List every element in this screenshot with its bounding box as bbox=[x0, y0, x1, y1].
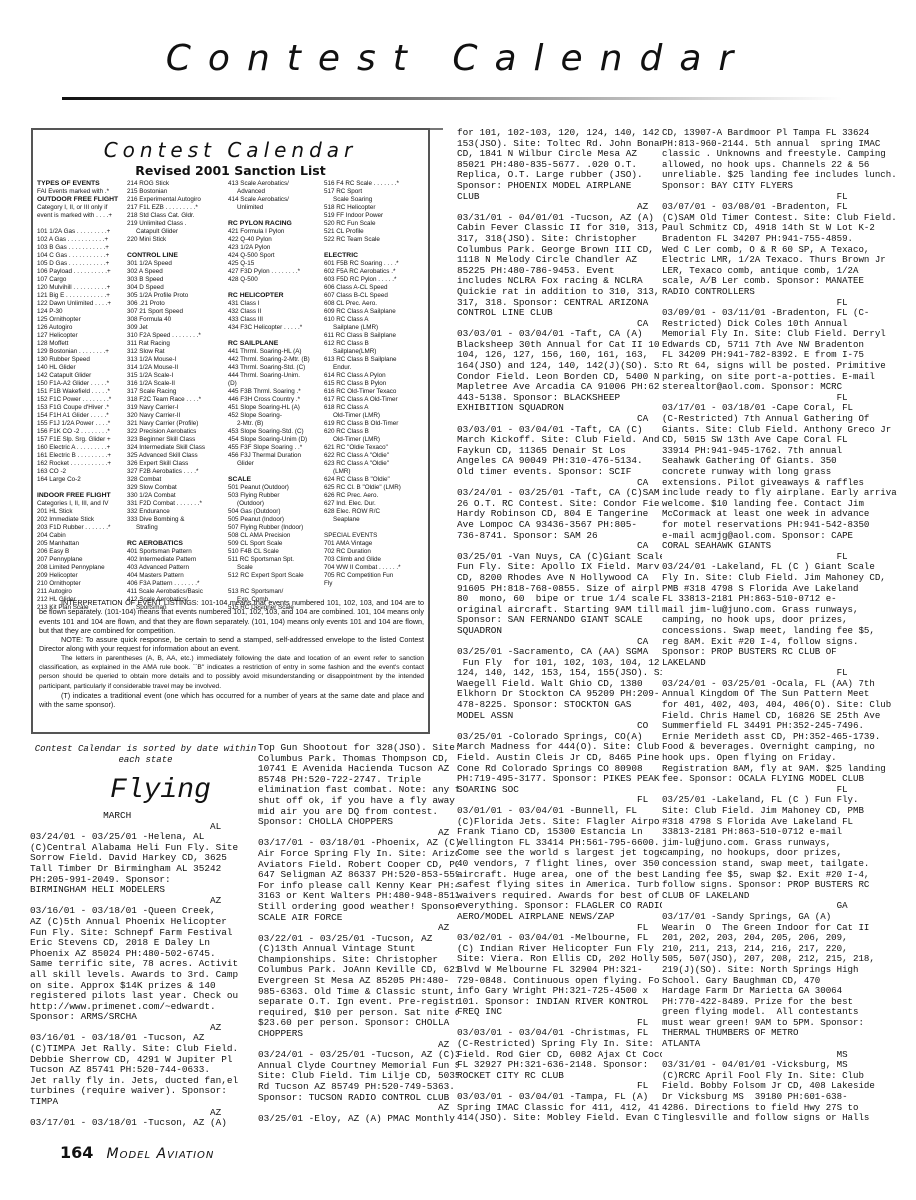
event-item: 332 Endurance bbox=[127, 508, 219, 516]
event-item: Sailplane (LMR) bbox=[324, 324, 422, 332]
event-item: 315 1/2A Scale-I bbox=[127, 372, 219, 380]
event-item: 413 Scale Aerobatics/ bbox=[228, 180, 322, 188]
event-listing-interpretation: INTERPRETATION OF EVENT LISTINGS: 101-10… bbox=[39, 598, 424, 710]
spacer bbox=[127, 244, 219, 252]
event-item: 202 Immediate Stick bbox=[37, 516, 127, 524]
event-item: 501 Peanut (Outdoor) bbox=[228, 484, 322, 492]
event-item: 308 Formula 40 bbox=[127, 316, 219, 324]
event-item: 122 Dawn Unlimited . . . .+ bbox=[37, 300, 127, 308]
event-item: Scale Soaring bbox=[324, 196, 422, 204]
event-item: 608 CL Prec. Aero. bbox=[324, 300, 422, 308]
event-item: 317 Scale Racing bbox=[127, 388, 219, 396]
event-item: 403 Advanced Pattern bbox=[127, 564, 219, 572]
event-item: 621 RC "Oldie Texaco" bbox=[324, 444, 422, 452]
event-item: 205 Manhattan bbox=[37, 540, 127, 548]
event-item: 124 P-30 bbox=[37, 308, 127, 316]
event-item: Unlimited bbox=[228, 204, 322, 212]
event-item: 628 Elec. ROW R/C bbox=[324, 508, 422, 516]
event-item: 303 B Speed bbox=[127, 276, 219, 284]
event-item: 163 CO -2 bbox=[37, 468, 127, 476]
event-item: 454 Slope Soaring-Unim (D) bbox=[228, 436, 322, 444]
event-item: 324 Intermediate Skill Class bbox=[127, 444, 219, 452]
event-item: 455 F3F Slope Soaring . .* bbox=[228, 444, 322, 452]
spacer bbox=[228, 212, 322, 220]
category-heading: CONTROL LINE bbox=[127, 252, 219, 260]
event-item: 217 F1L EZB . . . . . . . . .* bbox=[127, 204, 219, 212]
event-item: 130 Rubber Speed bbox=[37, 356, 127, 364]
event-item: 2-Mtr. (B) bbox=[228, 420, 322, 428]
category-heading: RC AEROBATICS bbox=[127, 540, 219, 548]
event-item: 125 Ornithopter bbox=[37, 316, 127, 324]
page-footer: 164 Model Aviation bbox=[60, 1143, 214, 1162]
event-item: 306 .21 Proto bbox=[127, 300, 219, 308]
event-item: 616 RC Old-Timer Texaco bbox=[324, 388, 422, 396]
event-item: 452 Slope Soaring- bbox=[228, 412, 322, 420]
event-item: 328 Combat bbox=[127, 476, 219, 484]
category-heading: RC HELICOPTER bbox=[228, 292, 322, 300]
event-item: Old-Timer (LMR) bbox=[324, 436, 422, 444]
event-item: 441 Thrml. Soaring-HL (A) bbox=[228, 348, 322, 356]
event-item: 456 F3J Thermal Duration bbox=[228, 452, 322, 460]
event-item: 606 Class A-CL Speed bbox=[324, 284, 422, 292]
interpretation-paragraph: INTERPRETATION OF EVENT LISTINGS: 101-10… bbox=[39, 598, 424, 635]
event-item: 151 F1B Wakefield . . . . .* bbox=[37, 388, 127, 396]
event-item: 140 HL Glider bbox=[37, 364, 127, 372]
event-item: 509 CL Sport Scale bbox=[228, 540, 322, 548]
event-item: 612 RC Class B bbox=[324, 340, 422, 348]
page-number: 164 bbox=[60, 1143, 93, 1162]
event-item: Glider bbox=[228, 460, 322, 468]
event-item: 322 Precision Aerobatics bbox=[127, 428, 219, 436]
event-item: 126 Autogiro bbox=[37, 324, 127, 332]
event-item: 320 Navy Carrier-II bbox=[127, 412, 219, 420]
event-item: 128 Moffett bbox=[37, 340, 127, 348]
event-item: 517 RC Sport bbox=[324, 188, 422, 196]
event-item: 331 F2D Combat . . . . . . .* bbox=[127, 500, 219, 508]
event-item: 154 F1H A1 Glider . . . . .* bbox=[37, 412, 127, 420]
event-item: 106 Payload . . . . . . . . . .+ bbox=[37, 268, 127, 276]
event-item: 507 Flying Rubber (Indoor) bbox=[228, 524, 322, 532]
event-item: 505 Peanut (Indoor) bbox=[228, 516, 322, 524]
event-item: 406 F3A Pattern . . . . . . .* bbox=[127, 580, 219, 588]
event-item: Strafing bbox=[127, 524, 219, 532]
event-item: 615 RC Class B Pylon bbox=[324, 380, 422, 388]
sanction-column-4: 516 F4 RC Scale . . . . . . .*517 RC Spo… bbox=[324, 180, 422, 588]
event-item: Category I, II, or III only if bbox=[37, 204, 127, 212]
event-item: 625 RC Cl. B "Oldie" (LMR) bbox=[324, 484, 422, 492]
event-item: 522 RC Team Scale bbox=[324, 236, 422, 244]
sanction-column-3: 413 Scale Aerobatics/Advanced414 Scale A… bbox=[228, 180, 322, 612]
event-item: 208 Limited Pennyplane bbox=[37, 564, 127, 572]
event-item: Fly bbox=[324, 580, 422, 588]
sanction-column-1: TYPES OF EVENTSFAI Events marked with .*… bbox=[37, 180, 127, 612]
event-item: 210 Ornithopter bbox=[37, 580, 127, 588]
event-item: 314 1/2A Mouse-II bbox=[127, 364, 219, 372]
spacer bbox=[228, 468, 322, 476]
sanction-box-title: Contest Calendar bbox=[33, 138, 428, 162]
event-item: 610 RC Class A bbox=[324, 316, 422, 324]
event-item: 613 RC Class B Sailplane bbox=[324, 356, 422, 364]
event-item: 330 1/2A Combat bbox=[127, 492, 219, 500]
event-item: 327 F2B Aerobatics . . . .* bbox=[127, 468, 219, 476]
event-item: 620 RC Class B bbox=[324, 428, 422, 436]
event-item: 404 Masters Pattern bbox=[127, 572, 219, 580]
event-item: 219 Unlimited Class . bbox=[127, 220, 219, 228]
event-item: 434 F3C Helicopter . . . . .* bbox=[228, 324, 322, 332]
listing-column-2: Top Gun Shootout for 328(JSO). Site: Col… bbox=[258, 743, 458, 1133]
event-item: 703 Climb and Glide bbox=[324, 556, 422, 564]
event-item: 622 RC Class A "Oldie" bbox=[324, 452, 422, 460]
event-item: 312 Slow Rat bbox=[127, 348, 219, 356]
event-item: 220 Mini Stick bbox=[127, 236, 219, 244]
event-item: 102 A Gas . . . . . . . . . . .+ bbox=[37, 236, 127, 244]
spacer bbox=[324, 524, 422, 532]
magazine-name: Model Aviation bbox=[107, 1146, 215, 1162]
traditional-event-paragraph: (T) indicates a traditional event (one w… bbox=[39, 691, 424, 710]
event-item: 401 Sportsman Pattern bbox=[127, 548, 219, 556]
event-item: 442 Thrml. Soaring-2-Mtr. (B) bbox=[228, 356, 322, 364]
spacer bbox=[228, 284, 322, 292]
event-item: (D) bbox=[228, 380, 322, 388]
event-item: 445 F3B Thrml. Soaring .* bbox=[228, 388, 322, 396]
category-heading: SCALE bbox=[228, 476, 322, 484]
event-item: 513 RC Sportsman/ bbox=[228, 588, 322, 596]
event-item: 705 RC Competition Fun bbox=[324, 572, 422, 580]
spacer bbox=[228, 580, 322, 588]
event-item: 428 Q-500 bbox=[228, 276, 322, 284]
listing-column-4: CD, 13907-A Bardmoor Pl Tampa FL 33624 P… bbox=[662, 128, 902, 1158]
event-item: 444 Thrml. Soaring-Unim. bbox=[228, 372, 322, 380]
event-item: 101 1/2A Gas . . . . . . . . .+ bbox=[37, 228, 127, 236]
event-item: 511 RC Sportsman Spt. bbox=[228, 556, 322, 564]
sanction-list-box: Contest Calendar Revised 2001 Sanction L… bbox=[31, 128, 430, 734]
event-item: 206 Easy B bbox=[37, 548, 127, 556]
event-item: 161 Electric B . . . . . . . . .+ bbox=[37, 452, 127, 460]
event-item: 209 Helicopter bbox=[37, 572, 127, 580]
event-item: 333 Dive Bombing & bbox=[127, 516, 219, 524]
event-item: 623 RC Class A "Oldie" bbox=[324, 460, 422, 468]
event-item: 214 ROG Stick bbox=[127, 180, 219, 188]
event-item: 626 RC Prec. Aero. bbox=[324, 492, 422, 500]
event-item: 301 1/2A Speed bbox=[127, 260, 219, 268]
event-item: 218 Std Class Cat. Gldr. bbox=[127, 212, 219, 220]
event-item: 702 RC Duration bbox=[324, 548, 422, 556]
event-item: 504 Gas (Outdoor) bbox=[228, 508, 322, 516]
event-item: 216 Experimental Autogiro bbox=[127, 196, 219, 204]
event-item: 211 Autogiro bbox=[37, 588, 127, 596]
event-item: 618 RC Class A bbox=[324, 404, 422, 412]
category-heading: OUTDOOR FREE FLIGHT bbox=[37, 196, 127, 204]
event-item: 512 RC Expert Sport Scale bbox=[228, 572, 322, 580]
event-item: 157 F1E Slp. Srg. Glider + bbox=[37, 436, 127, 444]
event-item: 518 RC Helicopter bbox=[324, 204, 422, 212]
event-item: 152 F1C Power . . . . . . . .* bbox=[37, 396, 127, 404]
event-item: 150 F1A-A2 Glider . . . . .* bbox=[37, 380, 127, 388]
spacer bbox=[37, 484, 127, 492]
event-item: 310 F2A Speed . . . . . . . .* bbox=[127, 332, 219, 340]
event-item: 307 21 Sport Speed bbox=[127, 308, 219, 316]
event-item: 609 RC Class A Sailplane bbox=[324, 308, 422, 316]
event-item: 627 Ind. Elec. Dur. bbox=[324, 500, 422, 508]
event-item: 451 Slope Soaring-HL (A) bbox=[228, 404, 322, 412]
event-item: 443 Thrml. Soaring-Std. (C) bbox=[228, 364, 322, 372]
classification-paragraph: The letters in parentheses (A, B, AA, et… bbox=[39, 654, 424, 691]
event-item: 617 RC Class A Old-Timer bbox=[324, 396, 422, 404]
page-title: Contest Calendar bbox=[0, 38, 916, 79]
event-item: SPECIAL EVENTS bbox=[324, 532, 422, 540]
event-item: Sailplane(LMR) bbox=[324, 348, 422, 356]
event-item: 414 Scale Aerobatics/ bbox=[228, 196, 322, 204]
event-item: 427 F3D Pylon . . . . . . . .* bbox=[228, 268, 322, 276]
event-item: 142 Catapult Glider bbox=[37, 372, 127, 380]
event-item: 121 Big E . . . . . . . . . . . .+ bbox=[37, 292, 127, 300]
event-item: 304 D Speed bbox=[127, 284, 219, 292]
event-item: (Outdoor) bbox=[228, 500, 322, 508]
event-item: 421 Formula I Pylon bbox=[228, 228, 322, 236]
event-item: 316 1/2A Scale-II bbox=[127, 380, 219, 388]
event-item: 302 A Speed bbox=[127, 268, 219, 276]
event-item: event is marked with . . . .+ bbox=[37, 212, 127, 220]
event-item: 164 Large Co-2 bbox=[37, 476, 127, 484]
event-item: 156 F1K CO -2 . . . . . . . .* bbox=[37, 428, 127, 436]
event-item: 614 RC Class A Pylon bbox=[324, 372, 422, 380]
event-item: Advanced bbox=[228, 188, 322, 196]
event-item: 432 Class II bbox=[228, 308, 322, 316]
event-item: Catapult Glider bbox=[127, 228, 219, 236]
event-item: 153 F1G Coupe d'Hiver .* bbox=[37, 404, 127, 412]
event-item: 319 Navy Carrier-I bbox=[127, 404, 219, 412]
event-item: 204 Cabin bbox=[37, 532, 127, 540]
event-item: 453 Slope Soaring-Std. (C) bbox=[228, 428, 322, 436]
spacer bbox=[324, 244, 422, 252]
event-item: 424 Q-500 Sport bbox=[228, 252, 322, 260]
event-item: 323 Beginner Skill Class bbox=[127, 436, 219, 444]
event-item: 520 RC Fun Scale bbox=[324, 220, 422, 228]
listing-column-1: MARCH AL 03/24/01 - 03/25/01 -Helena, AL… bbox=[30, 811, 258, 1146]
event-item: 422 Q-40 Pylon bbox=[228, 236, 322, 244]
spacer bbox=[127, 532, 219, 540]
event-item: 326 Expert Skill Class bbox=[127, 460, 219, 468]
title-divider bbox=[62, 97, 842, 100]
event-item: 309 Jet bbox=[127, 324, 219, 332]
event-item: Scale bbox=[228, 564, 322, 572]
event-item: 510 F4B CL Scale bbox=[228, 548, 322, 556]
event-item: 601 F5B RC Soaring . . . .* bbox=[324, 260, 422, 268]
event-item: 207 Pennyplane bbox=[37, 556, 127, 564]
event-item: 129 Bostonian . . . . . . . .+ bbox=[37, 348, 127, 356]
event-item: Endur. bbox=[324, 364, 422, 372]
sanction-box-subtitle: Revised 2001 Sanction List bbox=[33, 163, 428, 178]
event-item: 321 Navy Carrier (Profile) bbox=[127, 420, 219, 428]
event-item: Old-Timer (LMR) bbox=[324, 412, 422, 420]
sort-order-note: Contest Calendar is sorted by date withi… bbox=[33, 744, 258, 766]
event-item: 402 Intermediate Pattern bbox=[127, 556, 219, 564]
event-item: 325 Advanced Skill Class bbox=[127, 452, 219, 460]
event-item: 704 WW II Combat . . . . . .* bbox=[324, 564, 422, 572]
event-item: 619 RC Class B Old-Timer bbox=[324, 420, 422, 428]
event-item: 611 RC Class B Sailplane bbox=[324, 332, 422, 340]
sanction-column-2: 214 ROG Stick215 Bostonian216 Experiment… bbox=[127, 180, 219, 612]
event-item: 313 1/2A Mouse-I bbox=[127, 356, 219, 364]
event-item: 201 HL Stick bbox=[37, 508, 127, 516]
event-item: 433 Class III bbox=[228, 316, 322, 324]
event-item: 701 AMA Vintage bbox=[324, 540, 422, 548]
event-item: 104 C Gas . . . . . . . . . . .+ bbox=[37, 252, 127, 260]
section-heading-flying: Flying bbox=[110, 775, 211, 806]
event-item: 203 F1D Rubber . . . . . . .* bbox=[37, 524, 127, 532]
event-item: 423 1/2A Pylon bbox=[228, 244, 322, 252]
event-item: (LMR) bbox=[324, 468, 422, 476]
event-item: 120 Mulvihill . . . . . . . . . .+ bbox=[37, 284, 127, 292]
category-heading: RC SAILPLANE bbox=[228, 340, 322, 348]
event-item: 305 1/2A Profile Proto bbox=[127, 292, 219, 300]
event-item: 103 B Gas . . . . . . . . . . .+ bbox=[37, 244, 127, 252]
category-heading: INDOOR FREE FLIGHT bbox=[37, 492, 127, 500]
event-item: 311 Rat Racing bbox=[127, 340, 219, 348]
event-item: 624 RC Class B "Oldie" bbox=[324, 476, 422, 484]
event-item: 508 CL AMA Precision bbox=[228, 532, 322, 540]
note-paragraph: NOTE: To assure quick response, be certa… bbox=[39, 635, 424, 654]
event-item: 411 Scale Aerobatics/Basic bbox=[127, 588, 219, 596]
event-item: 446 F3H Cross Country .* bbox=[228, 396, 322, 404]
event-item: FAI Events marked with .* bbox=[37, 188, 127, 196]
event-item: 603 F5D RC Pylon . . . . .* bbox=[324, 276, 422, 284]
event-item: Categories I, II, III, and IV bbox=[37, 500, 127, 508]
category-heading: ELECTRIC bbox=[324, 252, 422, 260]
event-item: 431 Class I bbox=[228, 300, 322, 308]
event-item: 155 F1J 1/2A Power . . . .* bbox=[37, 420, 127, 428]
listing-column-3: for 101, 102-103, 120, 124, 140, 142 153… bbox=[457, 128, 662, 1158]
event-item: 160 Electric A . . . . . . . . .+ bbox=[37, 444, 127, 452]
event-item: 521 CL Profile bbox=[324, 228, 422, 236]
event-item: 105 D Gas . . . . . . . . . . .+ bbox=[37, 260, 127, 268]
event-item: 607 Class B-CL Speed bbox=[324, 292, 422, 300]
event-item: 107 Cargo bbox=[37, 276, 127, 284]
event-item: 602 F5A RC Aerobatics .* bbox=[324, 268, 422, 276]
category-heading: TYPES OF EVENTS bbox=[37, 180, 127, 188]
event-item: Seaplane bbox=[324, 516, 422, 524]
spacer bbox=[37, 220, 127, 228]
event-item: 329 Slow Combat bbox=[127, 484, 219, 492]
spacer bbox=[228, 332, 322, 340]
event-item: 503 Flying Rubber bbox=[228, 492, 322, 500]
event-item: 516 F4 RC Scale . . . . . . .* bbox=[324, 180, 422, 188]
event-item: 162 Rocket . . . . . . . . . . .+ bbox=[37, 460, 127, 468]
event-item: 519 FF Indoor Power bbox=[324, 212, 422, 220]
event-item: 425 Q-15 bbox=[228, 260, 322, 268]
event-item: 318 F2C Team Race . . . .* bbox=[127, 396, 219, 404]
category-heading: RC PYLON RACING bbox=[228, 220, 322, 228]
event-item: 127 Helicopter bbox=[37, 332, 127, 340]
event-item: 215 Bostonian bbox=[127, 188, 219, 196]
